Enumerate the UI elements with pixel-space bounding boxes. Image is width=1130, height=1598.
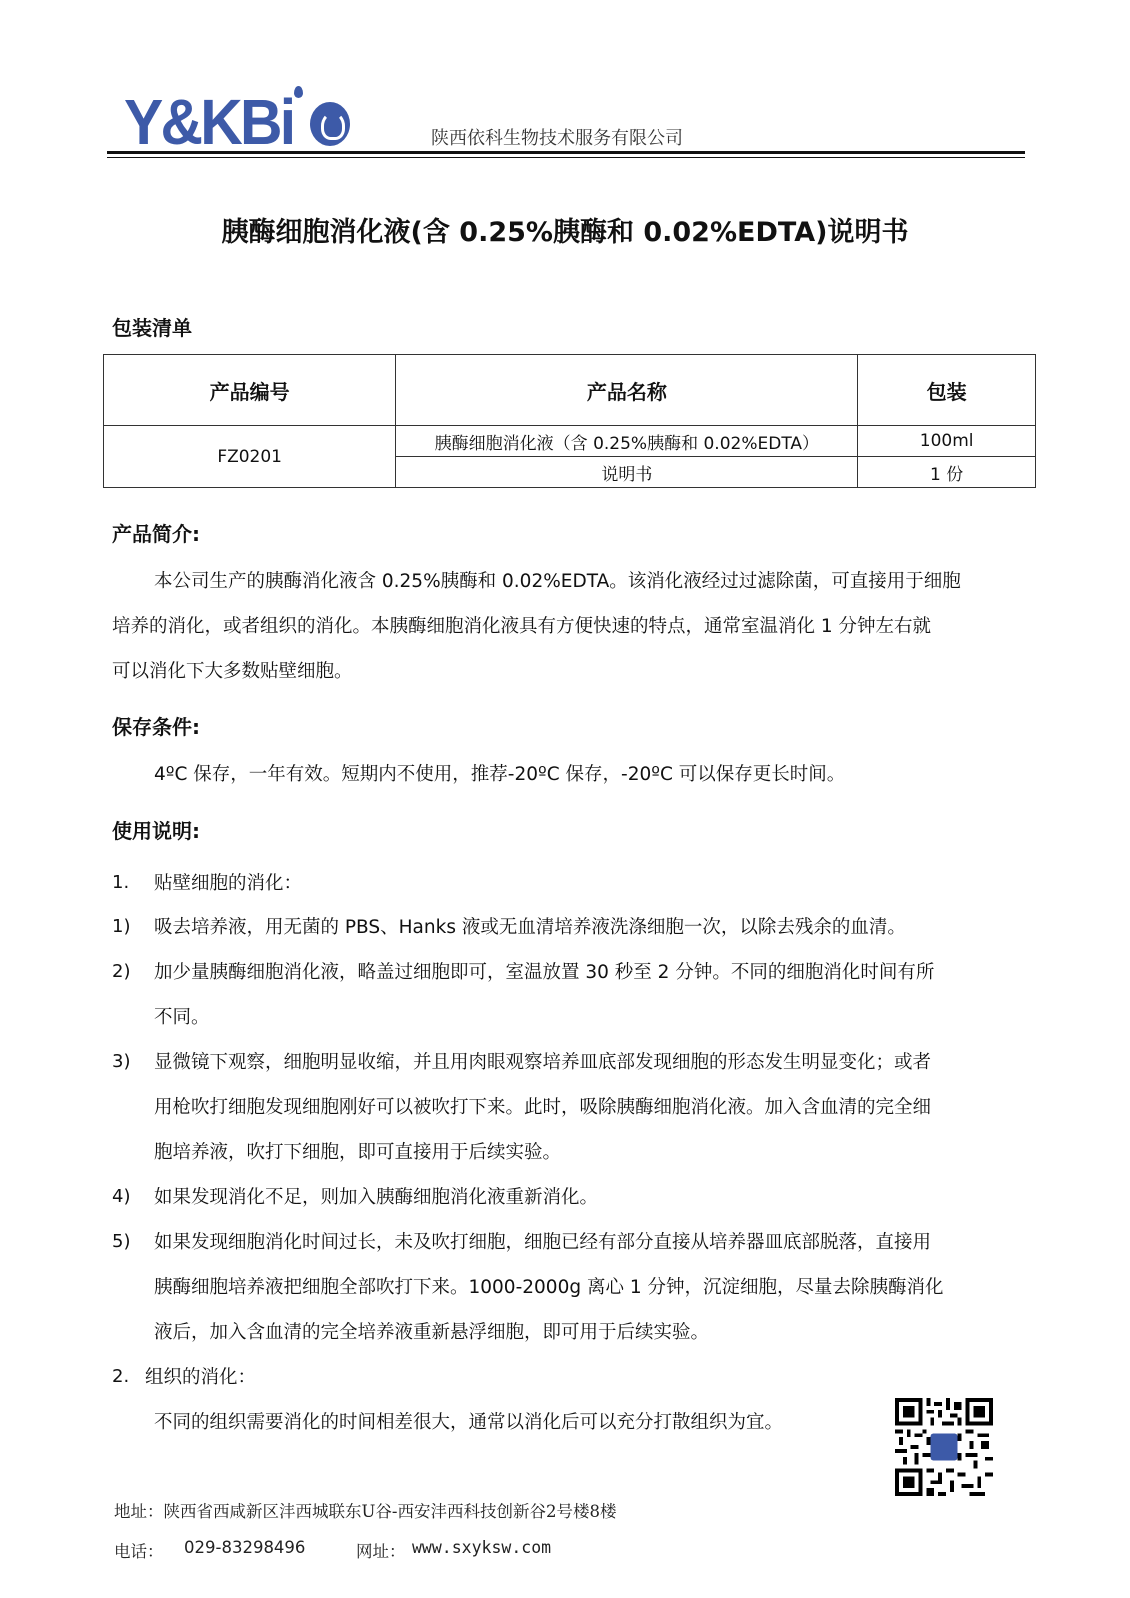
step-line: 加少量胰酶细胞消化液，略盖过细胞即可，室温放置 30 秒至 2 分钟。不同的细胞… — [154, 950, 934, 995]
section-1-title: 贴壁细胞的消化： — [154, 861, 302, 906]
table-header-row: 产品编号 产品名称 包装 — [104, 355, 1036, 426]
column-header-package: 包装 — [858, 355, 1036, 426]
storage-text: 4ºC 保存，一年有效。短期内不使用，推荐-20ºC 保存，-20ºC 可以保存… — [154, 752, 845, 797]
step-line: 用枪吹打细胞发现细胞刚好可以被吹打下来。此时，吸除胰酶细胞消化液。加入含血清的完… — [154, 1085, 931, 1130]
footer-website-label: 网址： — [356, 1538, 406, 1562]
step-line: 液后，加入含血清的完全培养液重新悬浮细胞，即可用于后续实验。 — [154, 1310, 944, 1355]
step-3-number: 3) — [112, 1051, 130, 1072]
step-4-text: 如果发现消化不足，则加入胰酶细胞消化液重新消化。 — [154, 1175, 598, 1220]
step-1-text: 吸去培养液，用无菌的 PBS、Hanks 液或无血清培养液洗涤细胞一次，以除去残… — [154, 905, 906, 950]
packing-list-heading: 包装清单 — [112, 312, 192, 341]
logo-microscope-icon — [308, 102, 350, 154]
step-line: 显微镜下观察，细胞明显收缩，并且用肉眼观察培养皿底部发现细胞的形态发生明显变化；… — [154, 1040, 931, 1085]
intro-heading: 产品简介: — [112, 518, 200, 547]
column-header-name: 产品名称 — [396, 355, 858, 426]
qr-code-icon — [895, 1398, 993, 1496]
logo-text: Y&KBi — [124, 90, 293, 154]
step-line: 胰酶细胞培养液把细胞全部吹打下来。1000-2000g 离心 1 分钟，沉淀细胞… — [154, 1265, 944, 1310]
step-1-number: 1) — [112, 916, 130, 937]
section-1-number: 1. — [112, 872, 129, 893]
document-title: 胰酶细胞消化液(含 0.25%胰酶和 0.02%EDTA)说明书 — [0, 210, 1130, 249]
package-cell: 100ml — [858, 426, 1036, 457]
step-line: 胞培养液，吹打下细胞，即可直接用于后续实验。 — [154, 1130, 931, 1175]
footer-phone-label: 电话： — [114, 1538, 164, 1562]
column-header-code: 产品编号 — [104, 355, 396, 426]
qr-code[interactable] — [895, 1398, 993, 1496]
packing-list-table: 产品编号 产品名称 包装 FZ0201 胰酶细胞消化液（含 0.25%胰酶和 0… — [103, 354, 1036, 488]
intro-line: 本公司生产的胰酶消化液含 0.25%胰酶和 0.02%EDTA。该消化液经过过滤… — [112, 559, 1032, 604]
footer-website-link[interactable]: www.sxyksw.com — [412, 1538, 551, 1557]
step-3-text: 显微镜下观察，细胞明显收缩，并且用肉眼观察培养皿底部发现细胞的形态发生明显变化；… — [154, 1040, 931, 1175]
product-name-cell: 胰酶细胞消化液（含 0.25%胰酶和 0.02%EDTA） — [396, 426, 858, 457]
intro-line: 可以消化下大多数贴壁细胞。 — [112, 649, 1032, 694]
step-line: 不同。 — [154, 995, 934, 1040]
header-rule-thick — [107, 151, 1025, 154]
step-line: 如果发现细胞消化时间过长，未及吹打细胞，细胞已经有部分直接从培养器皿底部脱落，直… — [154, 1220, 944, 1265]
section-2-text: 不同的组织需要消化的时间相差很大，通常以消化后可以充分打散组织为宜。 — [154, 1400, 783, 1445]
section-2-number: 2. — [112, 1366, 129, 1387]
product-name-cell: 说明书 — [396, 457, 858, 488]
usage-heading: 使用说明: — [112, 815, 200, 844]
section-2-title: 组织的消化： — [145, 1355, 256, 1400]
company-logo: Y&KBi — [124, 92, 350, 154]
header-rule-thin — [107, 157, 1025, 158]
step-line: 如果发现消化不足，则加入胰酶细胞消化液重新消化。 — [154, 1175, 598, 1220]
intro-heading-text: 产品简介: — [112, 522, 200, 546]
footer-phone: 029-83298496 — [184, 1538, 305, 1557]
step-line: 吸去培养液，用无菌的 PBS、Hanks 液或无血清培养液洗涤细胞一次，以除去残… — [154, 905, 906, 950]
footer-address: 地址：陕西省西咸新区沣西城联东U谷-西安沣西科技创新谷2号楼8楼 — [114, 1498, 616, 1522]
step-4-number: 4) — [112, 1186, 130, 1207]
step-5-text: 如果发现细胞消化时间过长，未及吹打细胞，细胞已经有部分直接从培养器皿底部脱落，直… — [154, 1220, 944, 1355]
step-5-number: 5) — [112, 1231, 130, 1252]
product-code-cell: FZ0201 — [104, 426, 396, 488]
package-cell: 1 份 — [858, 457, 1036, 488]
intro-paragraph: 本公司生产的胰酶消化液含 0.25%胰酶和 0.02%EDTA。该消化液经过过滤… — [112, 559, 1032, 694]
company-name: 陕西依科生物技术服务有限公司 — [431, 124, 683, 150]
table-row: FZ0201 胰酶细胞消化液（含 0.25%胰酶和 0.02%EDTA） 100… — [104, 426, 1036, 457]
storage-heading: 保存条件: — [112, 711, 200, 740]
step-2-text: 加少量胰酶细胞消化液，略盖过细胞即可，室温放置 30 秒至 2 分钟。不同的细胞… — [154, 950, 934, 1040]
intro-line: 培养的消化，或者组织的消化。本胰酶细胞消化液具有方便快速的特点，通常室温消化 1… — [112, 604, 1032, 649]
step-2-number: 2) — [112, 961, 130, 982]
